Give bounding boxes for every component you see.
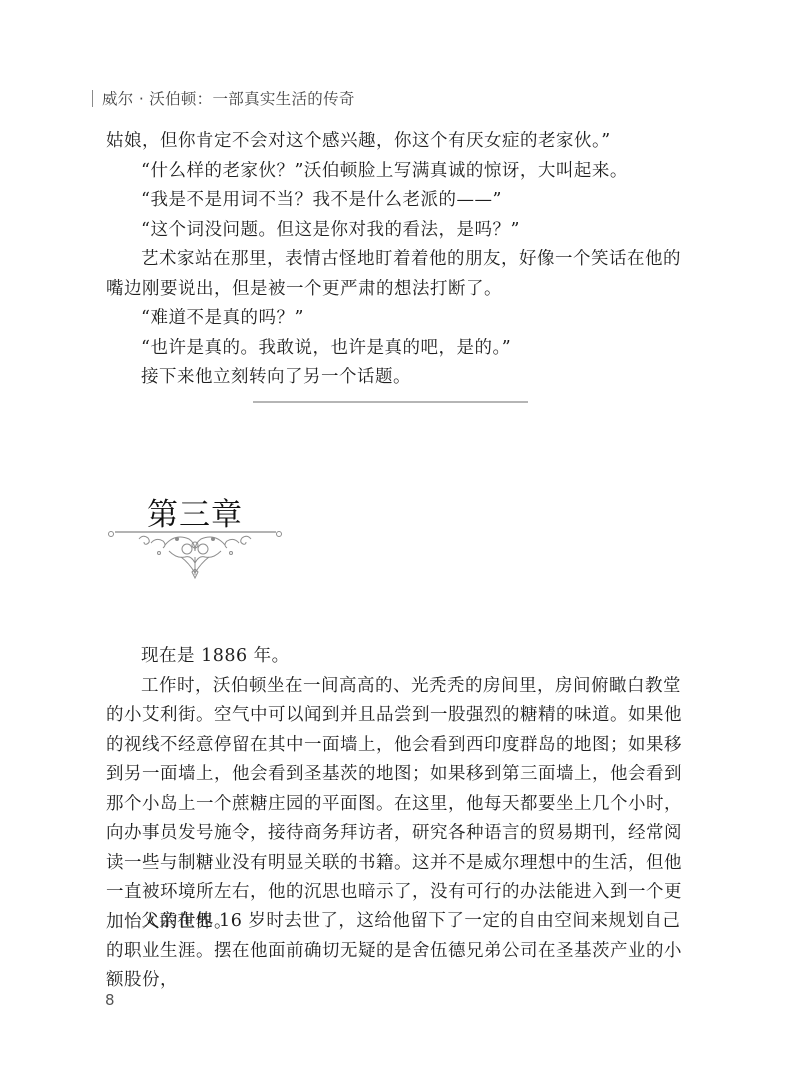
flourish-ornament-icon	[103, 527, 293, 582]
paragraph: “这个词没问题。但这是你对我的看法，是吗？”	[106, 216, 698, 246]
paragraph: “难道不是真的吗？”	[106, 304, 698, 334]
paragraph: 艺术家站在那里，表情古怪地盯着着他的朋友，好像一个笑话在他的嘴边刚要说出，但是被…	[106, 245, 698, 304]
paragraph: 接下来他立刻转向了另一个话题。	[106, 363, 698, 393]
paragraph: “什么样的老家伙？”沃伯顿脸上写满真诚的惊讶，大叫起来。	[106, 157, 698, 187]
page-number: 8	[105, 991, 115, 1009]
section-separator	[253, 401, 528, 403]
paragraph: “我是不是用词不当？我不是什么老派的——”	[106, 186, 698, 216]
running-head: 威尔 · 沃伯顿：一部真实生活的传奇	[92, 88, 355, 108]
paragraph: 父亲在他 16 岁时去世了，这给他留下了一定的自由空间来规划自己的职业生涯。摆在…	[106, 907, 698, 996]
paragraph: “也许是真的。我敢说，也许是真的吧，是的。”	[106, 334, 698, 364]
paragraph: 工作时，沃伯顿坐在一间高高的、光秃秃的房间里，房间俯瞰白教堂的小艾利街。空气中可…	[106, 672, 698, 938]
running-head-divider	[92, 90, 93, 107]
book-title: 威尔 · 沃伯顿：一部真实生活的传奇	[102, 87, 355, 109]
paragraph-continuation: 姑娘，但你肯定不会对这个感兴趣，你这个有厌女症的老家伙。”	[106, 127, 698, 157]
paragraph: 现在是 1886 年。	[106, 642, 698, 672]
